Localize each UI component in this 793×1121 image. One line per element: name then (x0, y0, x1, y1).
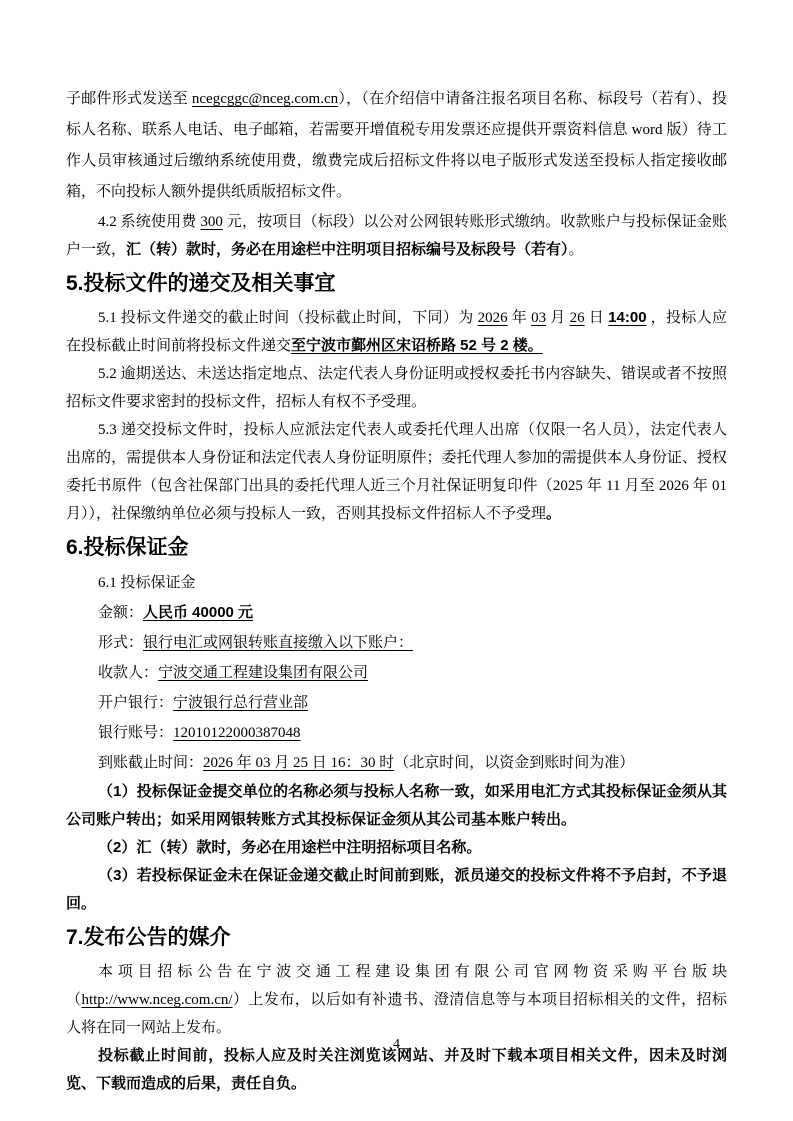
text-run: 至宁波市鄞州区宋诏桥路 52 号 2 楼。 (291, 337, 543, 354)
deposit-note-3: （3）若投标保证金未在保证金递交截止时间前到账，派员递交的投标文件将不予启封，不… (66, 862, 727, 918)
deposit-note-2: （2）汇（转）款时，务必在用途栏中注明招标项目名称。 (66, 834, 727, 862)
text-run: 汇（转）款时，务必在用途栏中注明项目招标编号及标段号（若有） (126, 241, 569, 258)
text-run: 收款人： (98, 665, 158, 681)
text-run: （北京时间，以资金到账时间为准） (394, 755, 634, 771)
text-run: 5.1 投标文件递交的截止时间（投标截止时间，下同）为 (98, 310, 478, 326)
hyperlink[interactable]: http://www.nceg.com.cn/ (81, 992, 232, 1008)
text-run: 2026 年 03 月 25 日 16：30 时 (203, 755, 394, 771)
text-run: 。 (569, 242, 584, 258)
clause-5-1-deadline: 5.1 投标文件递交的截止时间（投标截止时间，下同）为 2026 年 03 月 … (66, 304, 727, 360)
heading-section-6: 6.投标保证金 (66, 533, 727, 563)
deposit-field-payee: 收款人：宁波交通工程建设集团有限公司 (66, 658, 727, 688)
deposit-field-amount: 金额：人民币 40000 元 (66, 598, 727, 628)
text-run: 年 (508, 310, 532, 326)
document-page: 子邮件形式发送至 ncegcggc@nceg.com.cn），（在介绍信中请备注… (0, 0, 793, 1121)
text-run: （2）汇（转）款时，务必在用途栏中注明招标项目名称。 (98, 839, 481, 856)
heading-section-7: 7.发布公告的媒介 (66, 923, 727, 953)
clause-5-3-attendance: 5.3 递交投标文件时，投标人应派法定代表人或委托代理人出席（仅限一名人员），法… (66, 416, 727, 528)
text-run: 形式： (98, 635, 143, 651)
text-run: 14:00 (608, 309, 646, 326)
text-run: 6.1 投标保证金 (98, 575, 196, 591)
text-run: （3）若投标保证金未在保证金递交截止时间前到账，派员递交的投标文件将不予启封，不… (66, 867, 727, 912)
clause-6-1-title: 6.1 投标保证金 (66, 568, 727, 598)
text-run: 银行电汇或网银转账直接缴入以下账户： (143, 635, 413, 651)
deposit-field-account-number: 银行账号：12010122000387048 (66, 718, 727, 748)
clause-7-announcement-media: 本项目招标公告在宁波交通工程建设集团有限公司官网物资采购平台版块（http://… (66, 958, 727, 1042)
page-number: 4 (0, 1036, 793, 1054)
paragraph-email-submission: 子邮件形式发送至 ncegcggc@nceg.com.cn），（在介绍信中请备注… (66, 84, 727, 208)
deposit-field-deadline: 到账截止时间：2026 年 03 月 25 日 16：30 时（北京时间，以资金… (66, 748, 727, 778)
deposit-note-1: （1）投标保证金提交单位的名称必须与投标人名称一致，如采用电汇方式其投标保证金须… (66, 778, 727, 834)
clause-5-2-rejection: 5.2 逾期送达、未送达指定地点、法定代表人身份证明或授权委托书内容缺失、错误或… (66, 360, 727, 416)
text-run: 金额： (98, 605, 143, 621)
text-run: 子邮件形式发送至 (66, 91, 192, 107)
text-run: 开户银行： (98, 695, 173, 711)
deposit-field-form: 形式：银行电汇或网银转账直接缴入以下账户： (66, 628, 727, 658)
text-run: 03 (531, 310, 546, 326)
text-run: 5.2 逾期送达、未送达指定地点、法定代表人身份证明或授权委托书内容缺失、错误或… (66, 366, 727, 410)
clause-4-2-system-fee: 4.2 系统使用费 300 元，按项目（标段）以公对公网银转账形式缴纳。收款账户… (66, 208, 727, 264)
text-run: ），（在介绍信中请备注报名项目名称、标段号（若有）、投标人名称、联系人电话、电子… (66, 91, 727, 200)
text-run: 银行账号： (98, 725, 173, 741)
text-run: 人民币 40000 元 (143, 604, 253, 621)
heading-section-5: 5.投标文件的递交及相关事宜 (66, 269, 727, 299)
text-run: 月 (546, 310, 570, 326)
text-run: 宁波交通工程建设集团有限公司 (158, 665, 368, 681)
text-run: 。 (546, 505, 561, 522)
text-run: 12010122000387048 (173, 725, 301, 741)
text-run: 300 (200, 214, 223, 230)
text-run: 5.3 递交投标文件时，投标人应派法定代表人或委托代理人出席（仅限一名人员），法… (66, 422, 727, 522)
deposit-field-bank: 开户银行：宁波银行总行营业部 (66, 688, 727, 718)
text-run: （1）投标保证金提交单位的名称必须与投标人名称一致，如采用电汇方式其投标保证金须… (66, 783, 727, 828)
text-run: 26 (570, 310, 585, 326)
text-run: 4.2 系统使用费 (98, 214, 200, 230)
text-run: 日 (585, 310, 609, 326)
hyperlink[interactable]: ncegcggc@nceg.com.cn (192, 91, 338, 107)
text-run: 到账截止时间： (98, 755, 203, 771)
text-run: 宁波银行总行营业部 (173, 695, 308, 711)
text-run: 2026 (478, 310, 508, 326)
